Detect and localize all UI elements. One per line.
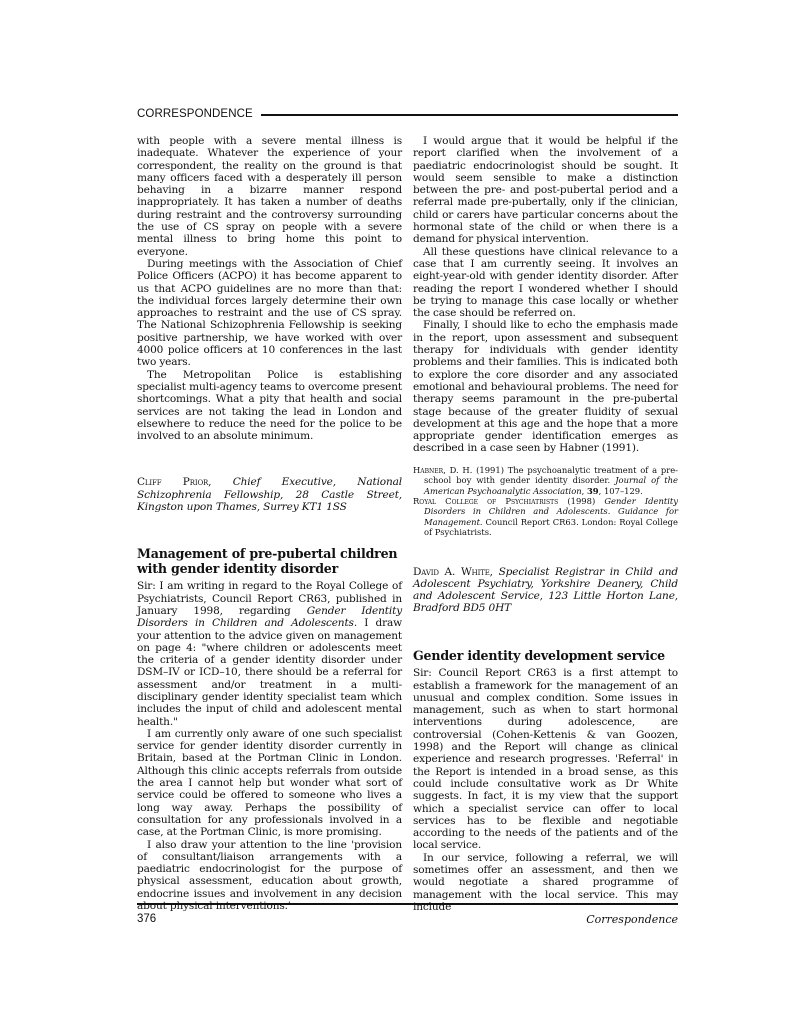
left-column: with people with a severe mental illness…	[137, 135, 402, 912]
footer-rule	[137, 903, 678, 905]
right-column: I would argue that it would be helpful i…	[413, 135, 678, 913]
paragraph: I also draw your attention to the line '…	[137, 839, 402, 913]
footer-section-label: Correspondence	[586, 913, 678, 926]
text-run: , 107–129.	[599, 486, 643, 496]
text-run: (1998)	[558, 496, 604, 506]
reference-author: Habner, D. H.	[413, 465, 472, 475]
article-title: Management of pre-pubertal children with…	[137, 547, 402, 576]
paragraph: During meetings with the Association of …	[137, 258, 402, 369]
reference-item: Royal College of Psychiatrists (1998) Ge…	[413, 496, 678, 538]
reference-volume: 39	[587, 486, 599, 496]
paragraph: I am currently only aware of one such sp…	[137, 728, 402, 839]
paragraph: I would argue that it would be helpful i…	[413, 135, 678, 246]
paragraph: All these questions have clinical releva…	[413, 246, 678, 320]
author-signature: David A. White, Specialist Registrar in …	[413, 566, 678, 615]
author-name: Cliff Prior,	[137, 476, 211, 488]
author-signature: Cliff Prior, Chief Executive, National S…	[137, 476, 402, 513]
running-head: CORRESPONDENCE	[137, 107, 678, 121]
header-rule	[261, 114, 678, 116]
page-number: 376	[137, 913, 156, 926]
paragraph: with people with a severe mental illness…	[137, 135, 402, 258]
text-run: . I draw your attention to the advice gi…	[137, 617, 402, 727]
journal-page: CORRESPONDENCE with people with a severe…	[137, 107, 678, 121]
paragraph: The Metropolitan Police is establishing …	[137, 369, 402, 443]
reference-list: Habner, D. H. (1991) The psychoanalytic …	[413, 465, 678, 538]
paragraph: Sir: I am writing in regard to the Royal…	[137, 580, 402, 728]
reference-author: Royal College of Psychiatrists	[413, 496, 558, 506]
running-head-label: CORRESPONDENCE	[137, 108, 253, 120]
paragraph: Finally, I should like to echo the empha…	[413, 319, 678, 454]
author-name: David A. White,	[413, 566, 493, 578]
page-footer: 376 Correspondence	[137, 903, 678, 926]
paragraph: Sir: Council Report CR63 is a first atte…	[413, 667, 678, 851]
article-title: Gender identity development service	[413, 649, 678, 664]
reference-item: Habner, D. H. (1991) The psychoanalytic …	[413, 465, 678, 496]
